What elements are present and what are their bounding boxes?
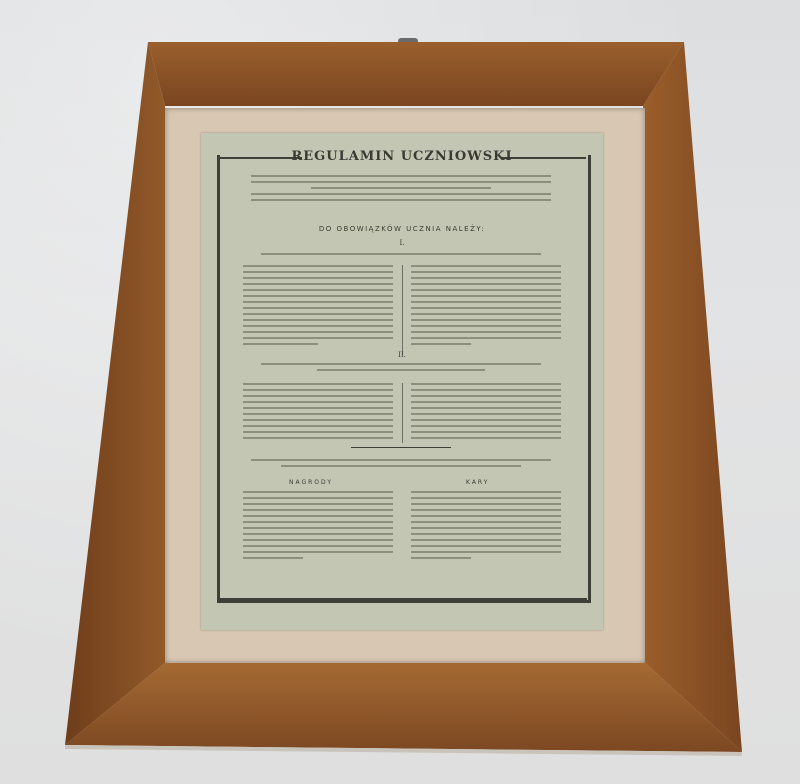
section-1-left-column xyxy=(243,265,393,349)
penalties-list xyxy=(411,491,561,563)
document-title: REGULAMIN UCZNIOWSKI xyxy=(201,149,603,164)
section-1-label: I. xyxy=(201,239,603,247)
section-2-left-column xyxy=(243,383,393,443)
rewards-heading: NAGRODY xyxy=(289,479,333,486)
footer-rule xyxy=(217,598,587,600)
column-divider xyxy=(402,265,403,355)
column-divider-2 xyxy=(402,383,403,443)
section-1-right-column xyxy=(411,265,561,349)
duties-heading: DO OBOWIĄZKÓW UCZNIA NALEŻY: xyxy=(201,225,603,233)
intro-text xyxy=(251,175,551,205)
section-2-intro xyxy=(261,363,541,375)
rewards-intro xyxy=(251,459,551,471)
separator-rule xyxy=(351,447,451,448)
section-2-label: II. xyxy=(201,351,603,359)
section-2-right-column xyxy=(411,383,561,443)
rewards-list xyxy=(243,491,393,563)
penalties-heading: KARY xyxy=(466,479,489,486)
document-sheet: REGULAMIN UCZNIOWSKI DO OBOWIĄZKÓW UCZNI… xyxy=(201,133,603,630)
section-1-intro xyxy=(261,253,541,259)
